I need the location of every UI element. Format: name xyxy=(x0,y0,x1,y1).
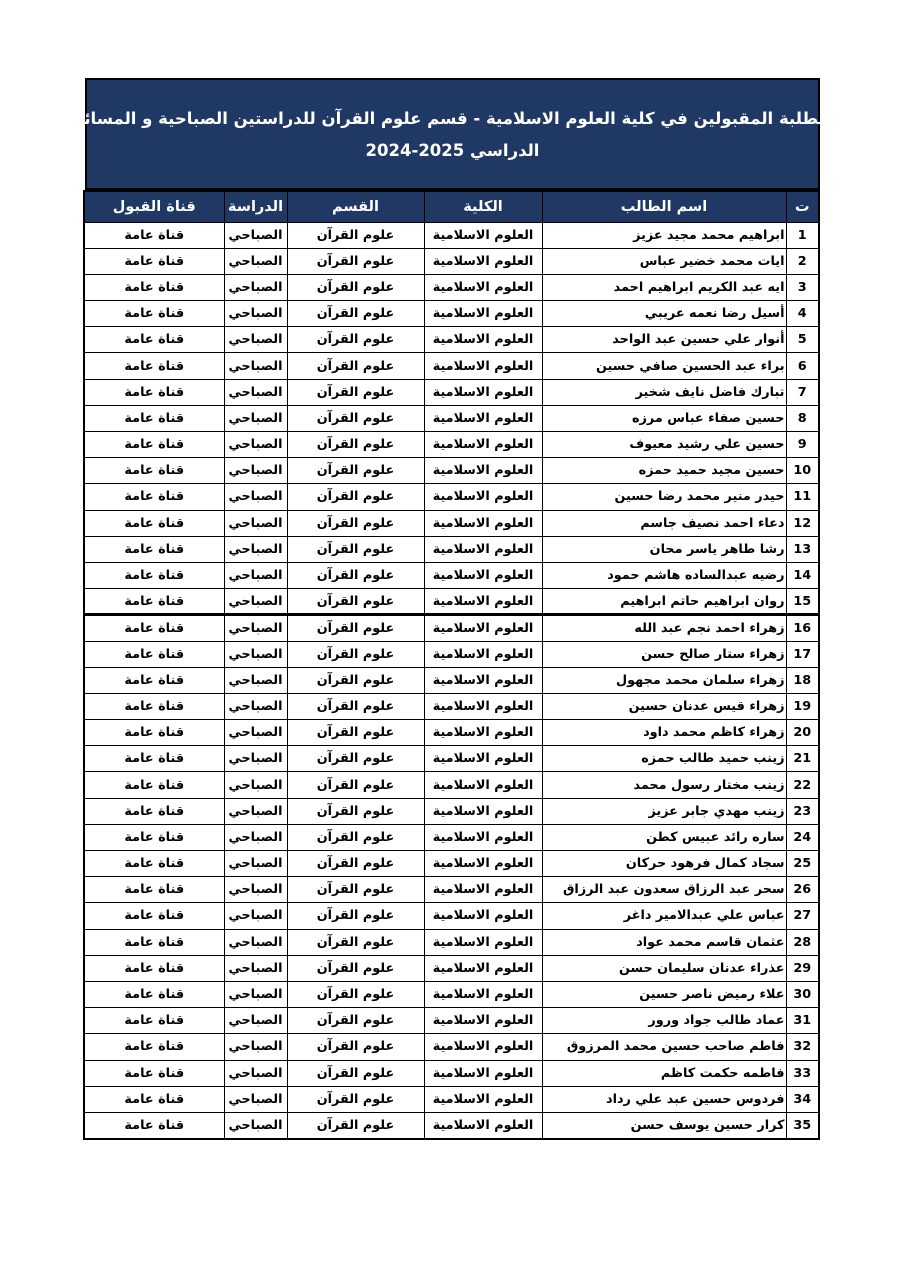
table-row: 3ايه عبد الكريم ابراهيم احمدالعلوم الاسل… xyxy=(84,274,819,300)
cell-student-name: علاء رميض ناصر حسين xyxy=(542,981,786,1007)
cell-college: العلوم الاسلامية xyxy=(424,248,542,274)
table-row: 24ساره رائد عبيس كطنالعلوم الاسلاميةعلوم… xyxy=(84,824,819,850)
cell-college: العلوم الاسلامية xyxy=(424,1034,542,1060)
document-title-block: اسماء الطلبة المقبولين في كلية العلوم ال… xyxy=(85,78,820,190)
cell-college: العلوم الاسلامية xyxy=(424,1008,542,1034)
cell-study: الصباحي xyxy=(224,222,287,248)
cell-student-name: براء عبد الحسين صافي حسين xyxy=(542,353,786,379)
cell-admission-channel: قناة عامة xyxy=(84,1060,224,1086)
cell-student-name: كرار حسين يوسف حسن xyxy=(542,1112,786,1138)
cell-admission-channel: قناة عامة xyxy=(84,903,224,929)
cell-admission-channel: قناة عامة xyxy=(84,536,224,562)
cell-department: علوم القرآن xyxy=(287,562,424,588)
cell-number: 19 xyxy=(786,693,819,719)
cell-department: علوم القرآن xyxy=(287,798,424,824)
cell-department: علوم القرآن xyxy=(287,1034,424,1060)
cell-student-name: حسين مجيد حميد حمزه xyxy=(542,458,786,484)
cell-study: الصباحي xyxy=(224,929,287,955)
cell-study: الصباحي xyxy=(224,798,287,824)
cell-number: 3 xyxy=(786,274,819,300)
table-row: 4أسيل رضا نعمه عريبيالعلوم الاسلاميةعلوم… xyxy=(84,301,819,327)
cell-admission-channel: قناة عامة xyxy=(84,824,224,850)
cell-number: 26 xyxy=(786,877,819,903)
cell-study: الصباحي xyxy=(224,432,287,458)
cell-student-name: تبارك فاضل نايف شخير xyxy=(542,379,786,405)
cell-student-name: حسين صفاء عباس مرزه xyxy=(542,405,786,431)
cell-admission-channel: قناة عامة xyxy=(84,1112,224,1138)
cell-admission-channel: قناة عامة xyxy=(84,955,224,981)
cell-admission-channel: قناة عامة xyxy=(84,772,224,798)
cell-number: 22 xyxy=(786,772,819,798)
table-row: 28عثمان قاسم محمد عوادالعلوم الاسلاميةعل… xyxy=(84,929,819,955)
table-row: 20زهراء كاظم محمد داودالعلوم الاسلاميةعل… xyxy=(84,720,819,746)
cell-study: الصباحي xyxy=(224,405,287,431)
cell-college: العلوم الاسلامية xyxy=(424,1060,542,1086)
cell-study: الصباحي xyxy=(224,274,287,300)
cell-admission-channel: قناة عامة xyxy=(84,1008,224,1034)
cell-number: 1 xyxy=(786,222,819,248)
cell-department: علوم القرآن xyxy=(287,536,424,562)
table-row: 7تبارك فاضل نايف شخيرالعلوم الاسلاميةعلو… xyxy=(84,379,819,405)
cell-student-name: حسين علي رشيد معيوف xyxy=(542,432,786,458)
table-row: 5أنوار علي حسين عبد الواحدالعلوم الاسلام… xyxy=(84,327,819,353)
cell-number: 6 xyxy=(786,353,819,379)
cell-student-name: زهراء احمد نجم عبد الله xyxy=(542,615,786,641)
cell-student-name: فاطم صاحب حسين محمد المرزوق xyxy=(542,1034,786,1060)
cell-number: 18 xyxy=(786,667,819,693)
cell-college: العلوم الاسلامية xyxy=(424,589,542,615)
table-row: 25سجاد كمال فرهود حركانالعلوم الاسلاميةع… xyxy=(84,851,819,877)
cell-study: الصباحي xyxy=(224,379,287,405)
cell-student-name: ساره رائد عبيس كطن xyxy=(542,824,786,850)
table-row: 33فاطمه حكمت كاظمالعلوم الاسلاميةعلوم ال… xyxy=(84,1060,819,1086)
cell-student-name: سجاد كمال فرهود حركان xyxy=(542,851,786,877)
cell-number: 2 xyxy=(786,248,819,274)
table-row: 14رضيه عبدالساده هاشم حمودالعلوم الاسلام… xyxy=(84,562,819,588)
cell-number: 10 xyxy=(786,458,819,484)
cell-number: 27 xyxy=(786,903,819,929)
cell-admission-channel: قناة عامة xyxy=(84,693,224,719)
table-row: 9حسين علي رشيد معيوفالعلوم الاسلاميةعلوم… xyxy=(84,432,819,458)
cell-college: العلوم الاسلامية xyxy=(424,1086,542,1112)
cell-admission-channel: قناة عامة xyxy=(84,301,224,327)
cell-study: الصباحي xyxy=(224,510,287,536)
cell-college: العلوم الاسلامية xyxy=(424,458,542,484)
cell-student-name: دعاء احمد نصيف جاسم xyxy=(542,510,786,536)
table-row: 18زهراء سلمان محمد مجهولالعلوم الاسلامية… xyxy=(84,667,819,693)
cell-college: العلوم الاسلامية xyxy=(424,327,542,353)
table-row: 21زينب حميد طالب حمزهالعلوم الاسلاميةعلو… xyxy=(84,746,819,772)
table-row: 2ايات محمد خضير عباسالعلوم الاسلاميةعلوم… xyxy=(84,248,819,274)
cell-department: علوم القرآن xyxy=(287,615,424,641)
cell-study: الصباحي xyxy=(224,641,287,667)
cell-college: العلوم الاسلامية xyxy=(424,301,542,327)
header-cell-study: الدراسة xyxy=(224,191,287,222)
cell-student-name: سحر عبد الرزاق سعدون عبد الرزاق xyxy=(542,877,786,903)
cell-college: العلوم الاسلامية xyxy=(424,562,542,588)
cell-department: علوم القرآن xyxy=(287,589,424,615)
students-table-body: 1ابراهيم محمد مجيد عزيزالعلوم الاسلاميةع… xyxy=(84,222,819,1139)
cell-admission-channel: قناة عامة xyxy=(84,379,224,405)
cell-number: 30 xyxy=(786,981,819,1007)
cell-study: الصباحي xyxy=(224,877,287,903)
table-row: 32فاطم صاحب حسين محمد المرزوقالعلوم الاس… xyxy=(84,1034,819,1060)
cell-department: علوم القرآن xyxy=(287,1008,424,1034)
cell-college: العلوم الاسلامية xyxy=(424,510,542,536)
cell-college: العلوم الاسلامية xyxy=(424,353,542,379)
cell-student-name: عماد طالب جواد ورور xyxy=(542,1008,786,1034)
cell-college: العلوم الاسلامية xyxy=(424,929,542,955)
cell-study: الصباحي xyxy=(224,1034,287,1060)
cell-student-name: زينب حميد طالب حمزه xyxy=(542,746,786,772)
table-row: 27عباس علي عبدالامير داغرالعلوم الاسلامي… xyxy=(84,903,819,929)
cell-number: 20 xyxy=(786,720,819,746)
cell-student-name: زهراء ستار صالح حسن xyxy=(542,641,786,667)
cell-department: علوم القرآن xyxy=(287,824,424,850)
table-row: 35كرار حسين يوسف حسنالعلوم الاسلاميةعلوم… xyxy=(84,1112,819,1138)
cell-department: علوم القرآن xyxy=(287,405,424,431)
table-row: 31عماد طالب جواد ورورالعلوم الاسلاميةعلو… xyxy=(84,1008,819,1034)
table-row: 16زهراء احمد نجم عبد اللهالعلوم الاسلامي… xyxy=(84,615,819,641)
cell-number: 28 xyxy=(786,929,819,955)
cell-number: 16 xyxy=(786,615,819,641)
cell-admission-channel: قناة عامة xyxy=(84,720,224,746)
cell-student-name: زهراء سلمان محمد مجهول xyxy=(542,667,786,693)
table-row: 26سحر عبد الرزاق سعدون عبد الرزاقالعلوم … xyxy=(84,877,819,903)
cell-department: علوم القرآن xyxy=(287,458,424,484)
cell-number: 5 xyxy=(786,327,819,353)
students-table-header: ت اسم الطالب الكلية القسم الدراسة قناة ا… xyxy=(84,191,819,222)
cell-admission-channel: قناة عامة xyxy=(84,458,224,484)
cell-admission-channel: قناة عامة xyxy=(84,746,224,772)
cell-college: العلوم الاسلامية xyxy=(424,432,542,458)
cell-admission-channel: قناة عامة xyxy=(84,405,224,431)
cell-number: 8 xyxy=(786,405,819,431)
cell-college: العلوم الاسلامية xyxy=(424,222,542,248)
cell-study: الصباحي xyxy=(224,589,287,615)
cell-number: 29 xyxy=(786,955,819,981)
header-cell-admission-channel: قناة القبول xyxy=(84,191,224,222)
cell-number: 15 xyxy=(786,589,819,615)
table-row: 11حيدر منير محمد رضا حسينالعلوم الاسلامي… xyxy=(84,484,819,510)
cell-student-name: حيدر منير محمد رضا حسين xyxy=(542,484,786,510)
cell-department: علوم القرآن xyxy=(287,353,424,379)
cell-department: علوم القرآن xyxy=(287,877,424,903)
cell-study: الصباحي xyxy=(224,720,287,746)
cell-college: العلوم الاسلامية xyxy=(424,851,542,877)
cell-student-name: زينب مختار رسول محمد xyxy=(542,772,786,798)
cell-admission-channel: قناة عامة xyxy=(84,562,224,588)
students-table: ت اسم الطالب الكلية القسم الدراسة قناة ا… xyxy=(83,190,820,1140)
cell-number: 7 xyxy=(786,379,819,405)
table-row: 1ابراهيم محمد مجيد عزيزالعلوم الاسلاميةع… xyxy=(84,222,819,248)
cell-department: علوم القرآن xyxy=(287,510,424,536)
header-cell-department: القسم xyxy=(287,191,424,222)
cell-number: 9 xyxy=(786,432,819,458)
table-row: 17زهراء ستار صالح حسنالعلوم الاسلاميةعلو… xyxy=(84,641,819,667)
cell-department: علوم القرآن xyxy=(287,903,424,929)
cell-college: العلوم الاسلامية xyxy=(424,405,542,431)
cell-study: الصباحي xyxy=(224,353,287,379)
cell-student-name: ايات محمد خضير عباس xyxy=(542,248,786,274)
cell-college: العلوم الاسلامية xyxy=(424,536,542,562)
cell-number: 13 xyxy=(786,536,819,562)
cell-student-name: فردوس حسين عبد علي رداد xyxy=(542,1086,786,1112)
document-page: اسماء الطلبة المقبولين في كلية العلوم ال… xyxy=(85,78,820,1140)
table-row: 23زينب مهدي جابر عزيزالعلوم الاسلاميةعلو… xyxy=(84,798,819,824)
cell-department: علوم القرآن xyxy=(287,851,424,877)
header-cell-student-name: اسم الطالب xyxy=(542,191,786,222)
cell-student-name: رضيه عبدالساده هاشم حمود xyxy=(542,562,786,588)
cell-admission-channel: قناة عامة xyxy=(84,1086,224,1112)
cell-study: الصباحي xyxy=(224,615,287,641)
table-row: 29عذراء عدنان سليمان حسنالعلوم الاسلامية… xyxy=(84,955,819,981)
cell-college: العلوم الاسلامية xyxy=(424,693,542,719)
table-row: 8حسين صفاء عباس مرزهالعلوم الاسلاميةعلوم… xyxy=(84,405,819,431)
table-row: 12دعاء احمد نصيف جاسمالعلوم الاسلاميةعلو… xyxy=(84,510,819,536)
cell-department: علوم القرآن xyxy=(287,379,424,405)
cell-student-name: فاطمه حكمت كاظم xyxy=(542,1060,786,1086)
cell-department: علوم القرآن xyxy=(287,432,424,458)
header-row: ت اسم الطالب الكلية القسم الدراسة قناة ا… xyxy=(84,191,819,222)
cell-study: الصباحي xyxy=(224,981,287,1007)
cell-admission-channel: قناة عامة xyxy=(84,510,224,536)
cell-student-name: ابراهيم محمد مجيد عزيز xyxy=(542,222,786,248)
table-row: 10حسين مجيد حميد حمزهالعلوم الاسلاميةعلو… xyxy=(84,458,819,484)
cell-college: العلوم الاسلامية xyxy=(424,746,542,772)
title-line-1: اسماء الطلبة المقبولين في كلية العلوم ال… xyxy=(21,109,883,128)
cell-college: العلوم الاسلامية xyxy=(424,903,542,929)
cell-department: علوم القرآن xyxy=(287,955,424,981)
cell-college: العلوم الاسلامية xyxy=(424,615,542,641)
cell-study: الصباحي xyxy=(224,536,287,562)
cell-study: الصباحي xyxy=(224,327,287,353)
cell-admission-channel: قناة عامة xyxy=(84,667,224,693)
cell-admission-channel: قناة عامة xyxy=(84,929,224,955)
cell-study: الصباحي xyxy=(224,746,287,772)
cell-department: علوم القرآن xyxy=(287,301,424,327)
cell-study: الصباحي xyxy=(224,248,287,274)
cell-study: الصباحي xyxy=(224,1060,287,1086)
table-row: 30علاء رميض ناصر حسينالعلوم الاسلاميةعلو… xyxy=(84,981,819,1007)
cell-admission-channel: قناة عامة xyxy=(84,432,224,458)
cell-college: العلوم الاسلامية xyxy=(424,877,542,903)
cell-number: 34 xyxy=(786,1086,819,1112)
cell-admission-channel: قناة عامة xyxy=(84,589,224,615)
cell-student-name: أنوار علي حسين عبد الواحد xyxy=(542,327,786,353)
cell-department: علوم القرآن xyxy=(287,274,424,300)
cell-department: علوم القرآن xyxy=(287,772,424,798)
cell-department: علوم القرآن xyxy=(287,746,424,772)
cell-college: العلوم الاسلامية xyxy=(424,824,542,850)
cell-number: 32 xyxy=(786,1034,819,1060)
cell-student-name: رشا طاهر ياسر محان xyxy=(542,536,786,562)
cell-department: علوم القرآن xyxy=(287,641,424,667)
cell-student-name: أسيل رضا نعمه عريبي xyxy=(542,301,786,327)
cell-number: 17 xyxy=(786,641,819,667)
cell-college: العلوم الاسلامية xyxy=(424,798,542,824)
cell-study: الصباحي xyxy=(224,562,287,588)
cell-department: علوم القرآن xyxy=(287,720,424,746)
cell-college: العلوم الاسلامية xyxy=(424,484,542,510)
table-row: 19زهراء قيس عدنان حسينالعلوم الاسلاميةعل… xyxy=(84,693,819,719)
cell-department: علوم القرآن xyxy=(287,327,424,353)
cell-study: الصباحي xyxy=(224,458,287,484)
cell-department: علوم القرآن xyxy=(287,1060,424,1086)
table-row: 34فردوس حسين عبد علي ردادالعلوم الاسلامي… xyxy=(84,1086,819,1112)
cell-study: الصباحي xyxy=(224,772,287,798)
cell-student-name: روان ابراهيم حاتم ابراهيم xyxy=(542,589,786,615)
cell-number: 4 xyxy=(786,301,819,327)
cell-student-name: زهراء كاظم محمد داود xyxy=(542,720,786,746)
cell-college: العلوم الاسلامية xyxy=(424,772,542,798)
cell-study: الصباحي xyxy=(224,903,287,929)
cell-study: الصباحي xyxy=(224,824,287,850)
cell-admission-channel: قناة عامة xyxy=(84,1034,224,1060)
table-row: 22زينب مختار رسول محمدالعلوم الاسلاميةعل… xyxy=(84,772,819,798)
cell-study: الصباحي xyxy=(224,955,287,981)
cell-admission-channel: قناة عامة xyxy=(84,877,224,903)
cell-admission-channel: قناة عامة xyxy=(84,484,224,510)
cell-admission-channel: قناة عامة xyxy=(84,222,224,248)
cell-number: 21 xyxy=(786,746,819,772)
cell-student-name: زهراء قيس عدنان حسين xyxy=(542,693,786,719)
cell-student-name: ايه عبد الكريم ابراهيم احمد xyxy=(542,274,786,300)
cell-study: الصباحي xyxy=(224,667,287,693)
cell-department: علوم القرآن xyxy=(287,667,424,693)
cell-study: الصباحي xyxy=(224,851,287,877)
table-row: 15روان ابراهيم حاتم ابراهيمالعلوم الاسلا… xyxy=(84,589,819,615)
cell-admission-channel: قناة عامة xyxy=(84,327,224,353)
cell-number: 23 xyxy=(786,798,819,824)
table-row: 6براء عبد الحسين صافي حسينالعلوم الاسلام… xyxy=(84,353,819,379)
cell-student-name: عثمان قاسم محمد عواد xyxy=(542,929,786,955)
cell-college: العلوم الاسلامية xyxy=(424,274,542,300)
cell-number: 33 xyxy=(786,1060,819,1086)
cell-number: 11 xyxy=(786,484,819,510)
cell-study: الصباحي xyxy=(224,1008,287,1034)
cell-college: العلوم الاسلامية xyxy=(424,667,542,693)
cell-college: العلوم الاسلامية xyxy=(424,981,542,1007)
cell-department: علوم القرآن xyxy=(287,222,424,248)
cell-study: الصباحي xyxy=(224,301,287,327)
cell-study: الصباحي xyxy=(224,1086,287,1112)
cell-department: علوم القرآن xyxy=(287,484,424,510)
cell-number: 25 xyxy=(786,851,819,877)
cell-admission-channel: قناة عامة xyxy=(84,615,224,641)
cell-admission-channel: قناة عامة xyxy=(84,851,224,877)
cell-admission-channel: قناة عامة xyxy=(84,981,224,1007)
cell-college: العلوم الاسلامية xyxy=(424,379,542,405)
cell-college: العلوم الاسلامية xyxy=(424,1112,542,1138)
cell-study: الصباحي xyxy=(224,693,287,719)
cell-admission-channel: قناة عامة xyxy=(84,248,224,274)
cell-number: 35 xyxy=(786,1112,819,1138)
cell-study: الصباحي xyxy=(224,484,287,510)
cell-number: 14 xyxy=(786,562,819,588)
cell-number: 24 xyxy=(786,824,819,850)
cell-department: علوم القرآن xyxy=(287,1086,424,1112)
cell-department: علوم القرآن xyxy=(287,693,424,719)
title-line-2: الدراسي 2025-2024 xyxy=(366,141,540,160)
header-cell-college: الكلية xyxy=(424,191,542,222)
header-cell-number: ت xyxy=(786,191,819,222)
cell-department: علوم القرآن xyxy=(287,1112,424,1138)
cell-student-name: عباس علي عبدالامير داغر xyxy=(542,903,786,929)
cell-department: علوم القرآن xyxy=(287,929,424,955)
cell-college: العلوم الاسلامية xyxy=(424,955,542,981)
cell-department: علوم القرآن xyxy=(287,248,424,274)
cell-number: 31 xyxy=(786,1008,819,1034)
cell-admission-channel: قناة عامة xyxy=(84,353,224,379)
cell-student-name: عذراء عدنان سليمان حسن xyxy=(542,955,786,981)
cell-college: العلوم الاسلامية xyxy=(424,641,542,667)
cell-study: الصباحي xyxy=(224,1112,287,1138)
cell-student-name: زينب مهدي جابر عزيز xyxy=(542,798,786,824)
cell-admission-channel: قناة عامة xyxy=(84,641,224,667)
cell-department: علوم القرآن xyxy=(287,981,424,1007)
cell-number: 12 xyxy=(786,510,819,536)
cell-admission-channel: قناة عامة xyxy=(84,798,224,824)
cell-college: العلوم الاسلامية xyxy=(424,720,542,746)
table-row: 13رشا طاهر ياسر محانالعلوم الاسلاميةعلوم… xyxy=(84,536,819,562)
cell-admission-channel: قناة عامة xyxy=(84,274,224,300)
